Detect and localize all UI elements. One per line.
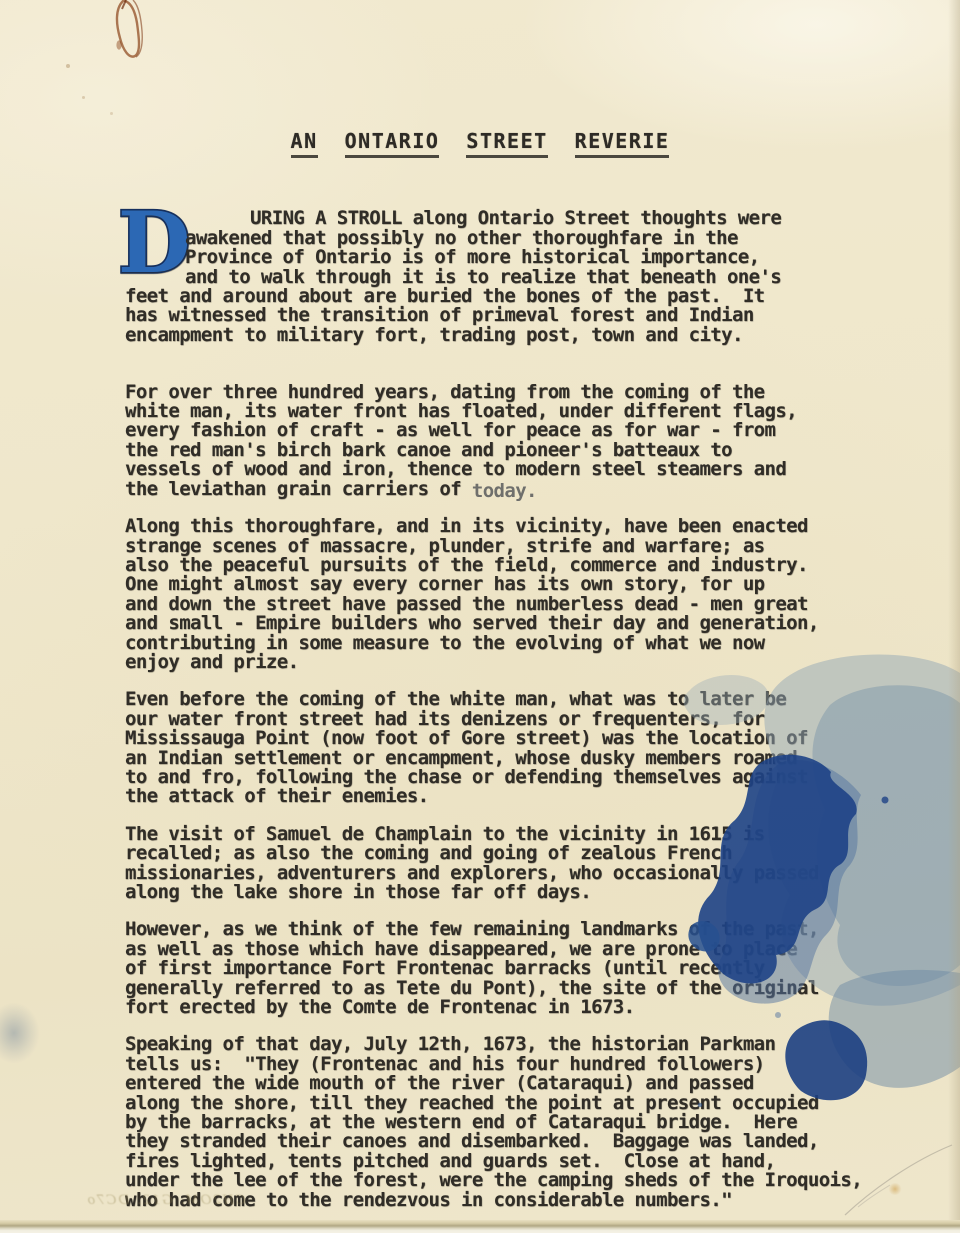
page-title: ANONTARIOSTREETREVERIE bbox=[0, 129, 960, 158]
paragraph-7: Speaking of that day, July 12th, 1673, t… bbox=[125, 1035, 905, 1210]
paragraph-2: For over three hundred years, dating fro… bbox=[125, 383, 905, 499]
title-word: REVERIE bbox=[575, 129, 670, 158]
paragraph-1: D URING A STROLL along Ontario Street th… bbox=[125, 190, 905, 365]
page-right-edge bbox=[948, 0, 960, 1233]
paragraph-text: URING A STROLL along Ontario Street thou… bbox=[125, 207, 781, 345]
paragraph-text: Even before the coming of the white man,… bbox=[125, 688, 808, 807]
paragraph-6: However, as we think of the few remainin… bbox=[125, 920, 905, 1017]
rust-paperclip-stain bbox=[95, 0, 167, 72]
ink-smudge bbox=[0, 1002, 40, 1064]
document-body: D URING A STROLL along Ontario Street th… bbox=[125, 190, 905, 1228]
title-word: AN bbox=[291, 129, 318, 158]
paragraph-3: Along this thoroughfare, and in its vici… bbox=[125, 517, 905, 672]
document-page: ANONTARIOSTREETREVERIE D URING A STROLL … bbox=[0, 0, 960, 1233]
paragraph-text: Along this thoroughfare, and in its vici… bbox=[125, 515, 819, 673]
fox-spot bbox=[888, 1183, 902, 1195]
paragraph-text: However, as we think of the few remainin… bbox=[125, 918, 819, 1018]
illuminated-drop-cap: D bbox=[125, 209, 185, 285]
drop-cap-letter: D bbox=[118, 206, 190, 286]
later-typed-word: today. bbox=[472, 480, 537, 502]
paragraph-text-continued: the leviathan grain carriers of bbox=[125, 478, 472, 500]
foxing-speck bbox=[110, 112, 113, 115]
paragraph-text: The visit of Samuel de Champlain to the … bbox=[125, 823, 819, 903]
show-through-writing: CH2OM. G12. DC7o bbox=[46, 1192, 246, 1209]
paragraph-text: For over three hundred years, dating fro… bbox=[125, 381, 797, 481]
paragraph-5: The visit of Samuel de Champlain to the … bbox=[125, 825, 905, 903]
title-word: STREET bbox=[466, 129, 547, 158]
title-word: ONTARIO bbox=[345, 129, 440, 158]
paragraph-text: Speaking of that day, July 12th, 1673, t… bbox=[125, 1033, 862, 1210]
foxing-speck bbox=[66, 64, 70, 68]
page-bottom-edge bbox=[0, 1220, 960, 1233]
paragraph-4: Even before the coming of the white man,… bbox=[125, 690, 905, 806]
foxing-speck bbox=[82, 96, 85, 99]
